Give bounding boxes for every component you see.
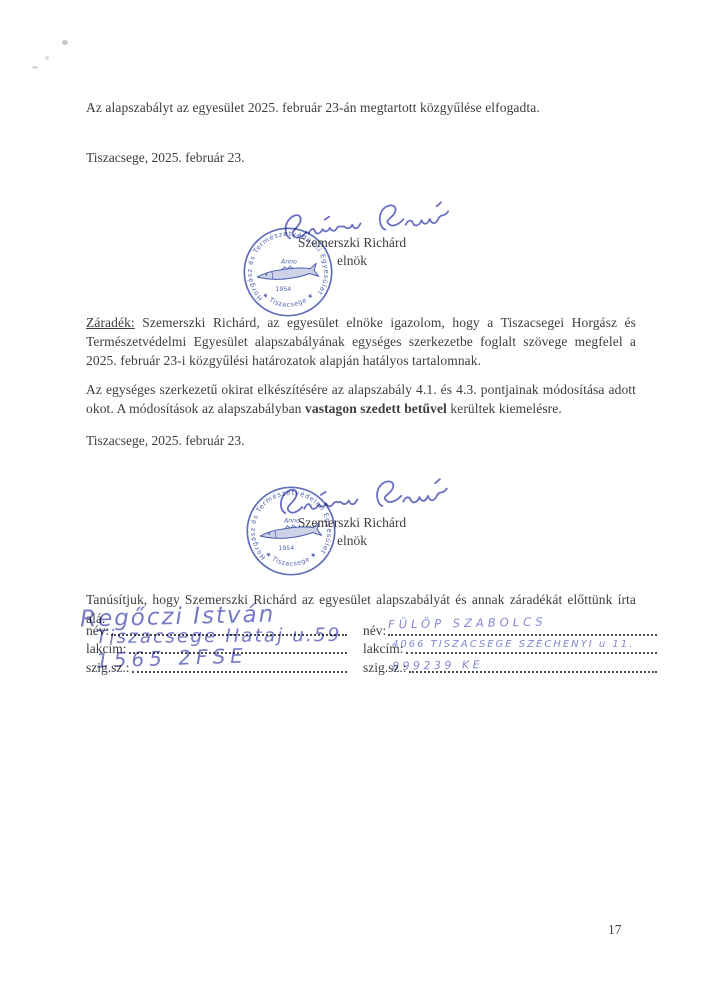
dotted-line bbox=[406, 651, 658, 654]
page-number: 17 bbox=[608, 922, 622, 938]
svg-text:★ Tiszacsege ★: ★ Tiszacsege ★ bbox=[261, 291, 316, 309]
signer-name: Szemerszki Richárd bbox=[242, 514, 462, 532]
signer-title: elnök bbox=[242, 532, 462, 550]
signer-name-block: Szemerszki Richárd elnök bbox=[242, 234, 462, 270]
zaradek-label: Záradék: bbox=[86, 315, 135, 330]
scan-speck bbox=[62, 40, 68, 45]
place-date-line-1: Tiszacsege, 2025. február 23. bbox=[86, 150, 244, 166]
stamp-bottom-text: ★ Tiszacsege ★ bbox=[261, 291, 316, 309]
zaradek-text: Szemerszki Richárd, az egyesület elnöke … bbox=[86, 315, 636, 368]
scan-speck bbox=[45, 56, 49, 60]
place-date-line-2: Tiszacsege, 2025. február 23. bbox=[86, 433, 244, 449]
scanned-document-page: Az alapszabályt az egyesület 2025. febru… bbox=[0, 0, 706, 1000]
amendment-text-bold: vastagon szedett betűvel bbox=[305, 401, 447, 416]
signer-name-block: Szemerszki Richárd elnök bbox=[242, 514, 462, 550]
witness2-id-handwriting: 899239 KE bbox=[392, 658, 483, 673]
scan-speck bbox=[32, 66, 38, 69]
signer-title: elnök bbox=[242, 252, 462, 270]
svg-text:★ Tiszacsege ★: ★ Tiszacsege ★ bbox=[264, 550, 319, 568]
amendment-paragraph: Az egységes szerkezetű okirat elkészítés… bbox=[86, 380, 636, 418]
dotted-line bbox=[388, 633, 657, 636]
adoption-statement: Az alapszabályt az egyesület 2025. febru… bbox=[86, 98, 636, 117]
witness2-address-handwriting: 4066 TISZACSEGE SZÉCHENYI u 11. bbox=[392, 639, 634, 650]
signer-name: Szemerszki Richárd bbox=[242, 234, 462, 252]
witness2-name-handwriting: FÜLÖP SZABOLCS bbox=[388, 615, 547, 632]
name-label: név: bbox=[363, 623, 386, 639]
stamp-year: 1954 bbox=[275, 286, 291, 293]
stamp-bottom-text: ★ Tiszacsege ★ bbox=[264, 550, 319, 568]
zaradek-paragraph: Záradék: Szemerszki Richárd, az egyesüle… bbox=[86, 313, 636, 370]
amendment-text-post: kerültek kiemelésre. bbox=[447, 401, 562, 416]
